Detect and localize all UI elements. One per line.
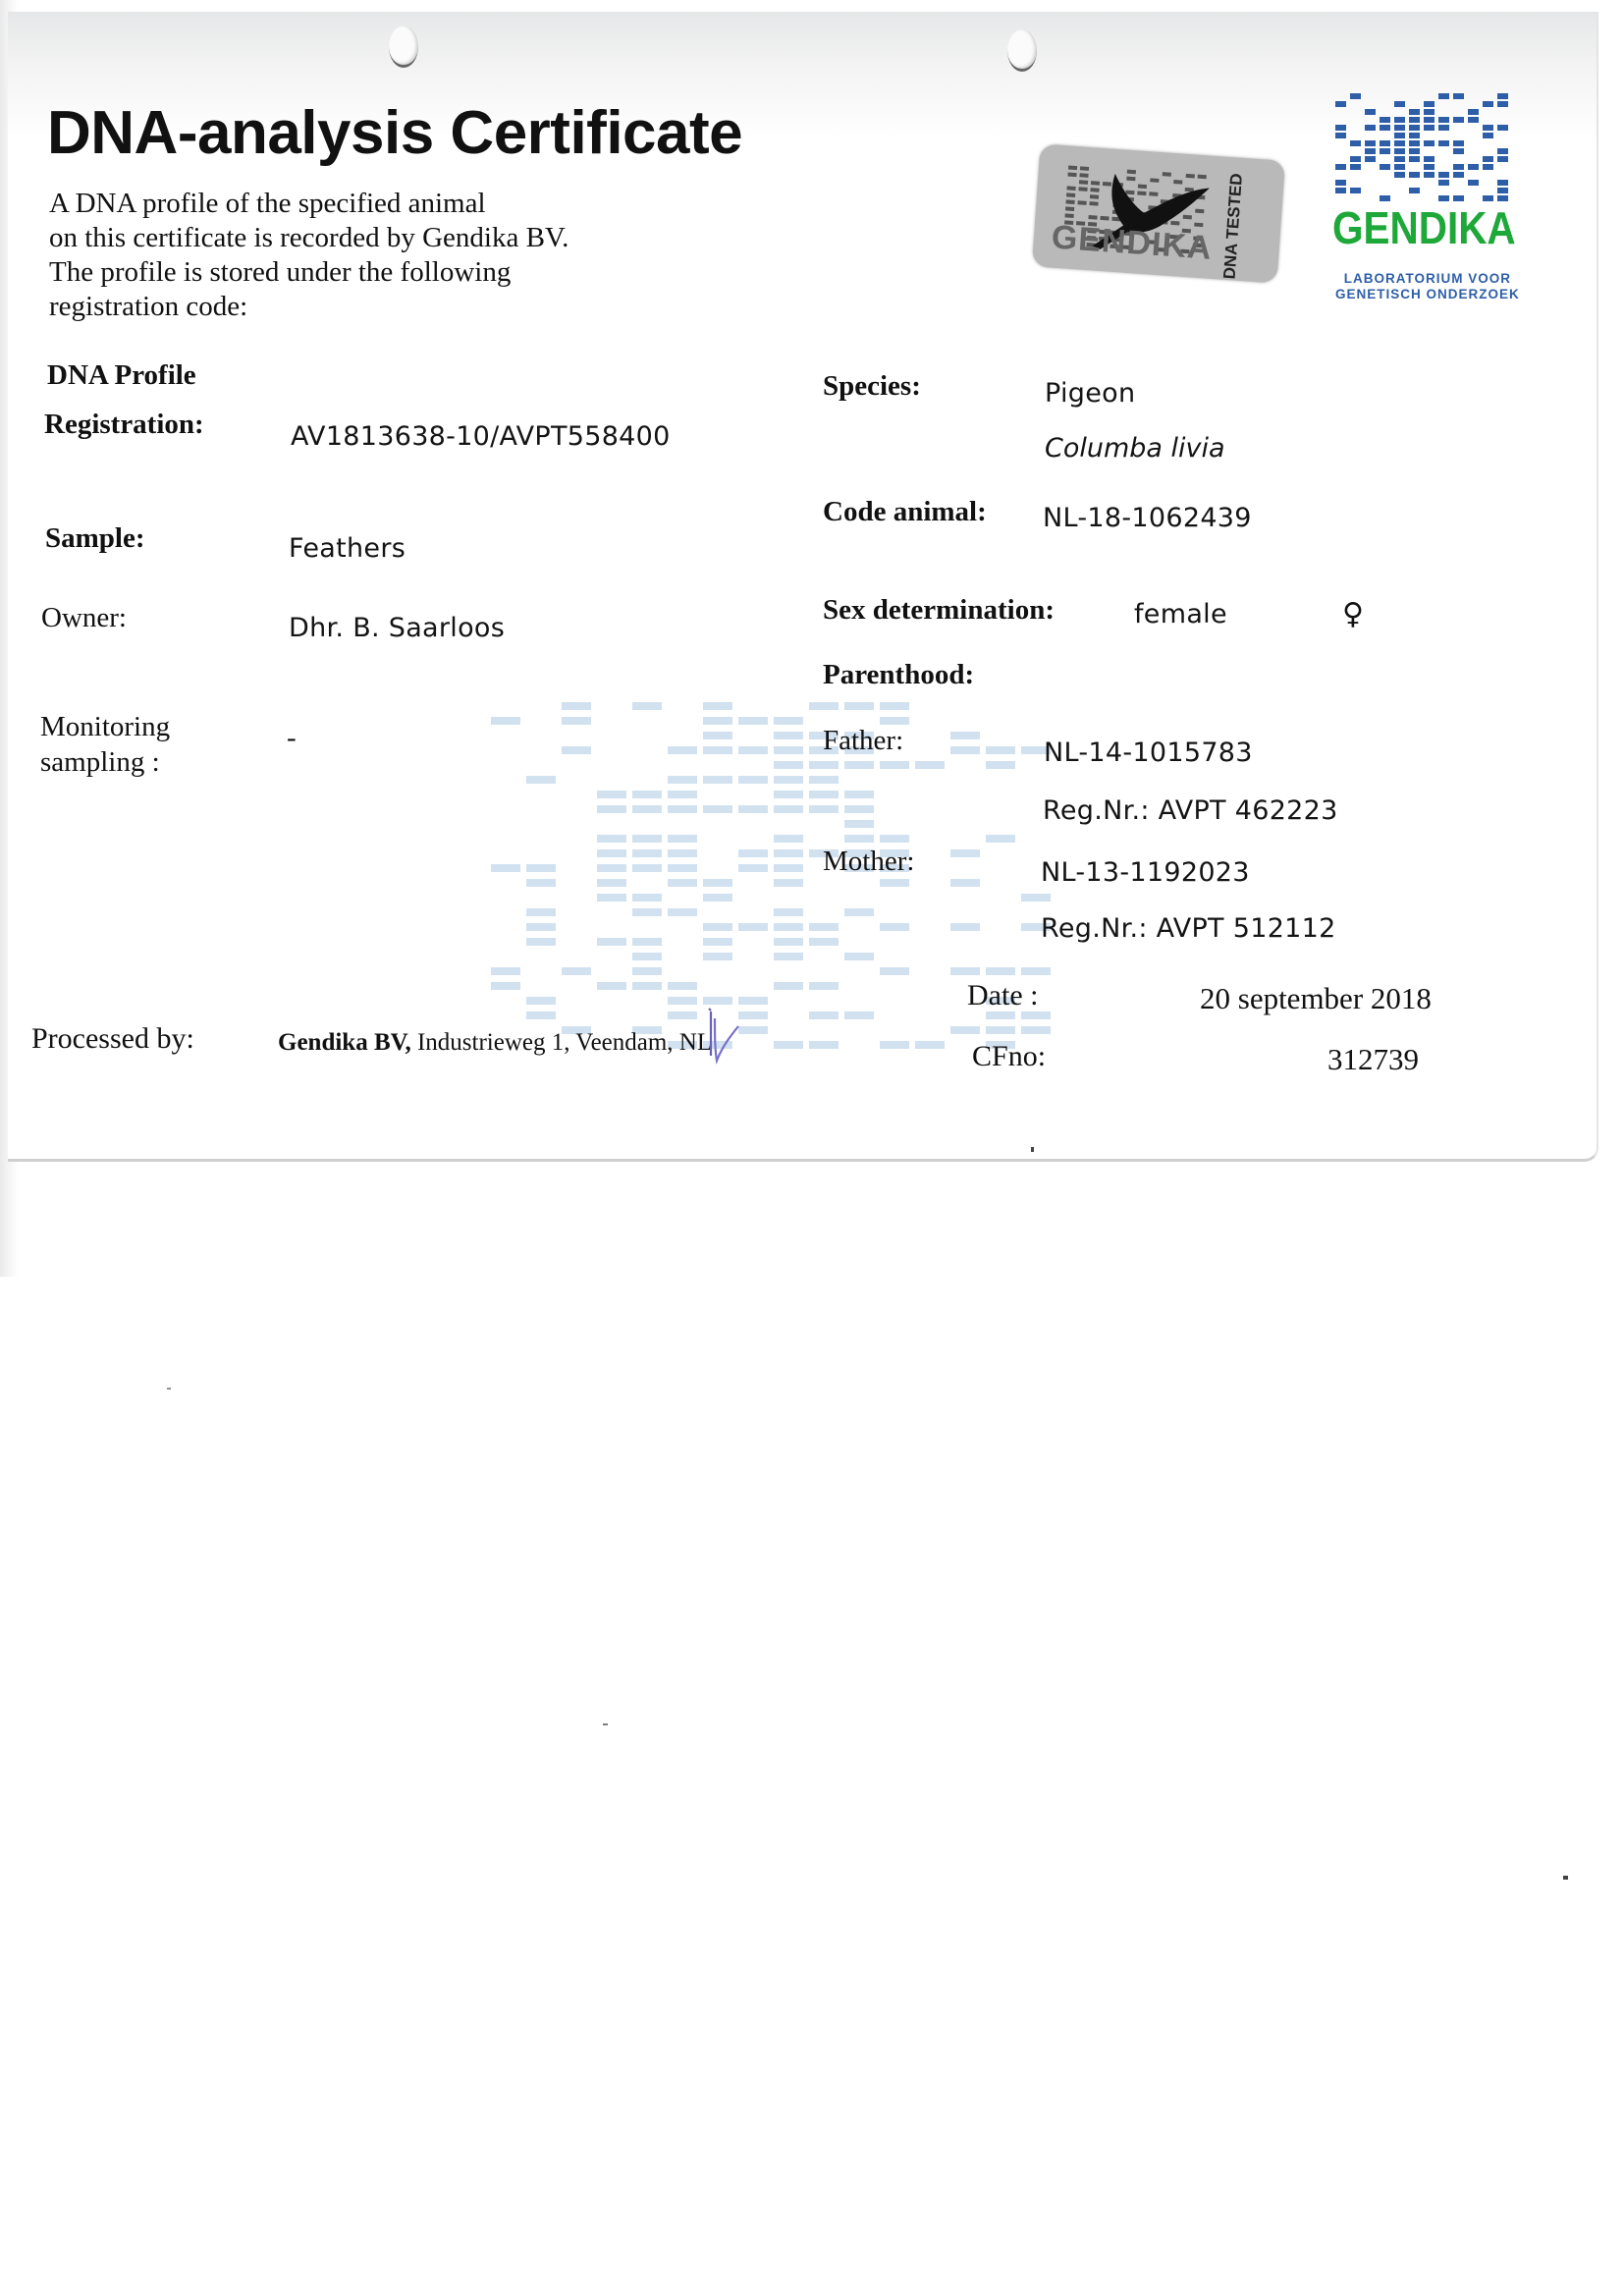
cfno-value: 312739 — [1327, 1042, 1419, 1077]
processed-address: Industrieweg 1, Veendam, NL — [411, 1029, 712, 1056]
logo-tagline-line: GENETISCH ONDERZOEK — [1335, 287, 1520, 302]
female-symbol-icon: ♀ — [1342, 597, 1364, 631]
monitoring-label-2: sampling : — [40, 746, 160, 779]
parenthood-label: Parenthood: — [823, 659, 974, 691]
sample-label: Sample: — [45, 522, 145, 555]
cfno-label: CFno: — [972, 1040, 1046, 1073]
father-code-value: NL-14-1015783 — [1044, 738, 1253, 768]
scan-speck — [1563, 1876, 1568, 1880]
code-animal-value: NL-18-1062439 — [1043, 503, 1252, 533]
mother-code-value: NL-13-1192023 — [1041, 857, 1250, 888]
registration-value: AV1813638-10/AVPT558400 — [291, 421, 671, 452]
father-reg-value: Reg.Nr.: AVPT 462223 — [1043, 795, 1338, 826]
intro-line: A DNA profile of the specified animal — [49, 187, 638, 221]
punch-hole-icon — [389, 26, 418, 68]
monitoring-label: Monitoring — [40, 711, 170, 743]
processed-company: Gendika BV, — [278, 1029, 411, 1056]
processed-by-label: Processed by: — [31, 1022, 194, 1056]
scan-speck — [167, 1388, 171, 1390]
scan-speck — [1031, 1147, 1034, 1152]
intro-text: A DNA profile of the specified animal on… — [49, 187, 638, 324]
code-animal-label: Code animal: — [823, 496, 987, 528]
logo-name: GENDIKA — [1332, 201, 1516, 254]
intro-line: The profile is stored under the followin… — [49, 255, 638, 290]
intro-line: registration code: — [49, 290, 638, 324]
mother-reg-value: Reg.Nr.: AVPT 512112 — [1041, 913, 1336, 944]
date-label: Date : — [967, 979, 1038, 1012]
dna-profile-label: DNA Profile — [47, 359, 196, 392]
monitoring-value: - — [287, 722, 297, 754]
punch-hole-icon — [1007, 29, 1037, 72]
species-common-value: Pigeon — [1045, 378, 1135, 409]
mother-label: Mother: — [823, 846, 914, 878]
registration-label: Registration: — [44, 409, 204, 441]
species-label: Species: — [823, 370, 921, 403]
gendika-logo-mark-icon — [1335, 93, 1512, 201]
intro-line: on this certificate is recorded by Gendi… — [49, 221, 638, 255]
species-latin-value: Columba livia — [1045, 433, 1225, 464]
owner-label: Owner: — [41, 602, 127, 634]
owner-value: Dhr. B. Saarloos — [289, 613, 505, 643]
sex-value: female — [1134, 599, 1227, 629]
processed-by-value: Gendika BV, Industrieweg 1, Veendam, NL — [278, 1029, 712, 1057]
sample-value: Feathers — [289, 533, 406, 564]
dna-watermark — [491, 702, 1041, 1066]
logo-tagline-line: LABORATORIUM VOOR — [1335, 271, 1520, 287]
logo-tagline: LABORATORIUM VOOR GENETISCH ONDERZOEK — [1335, 271, 1520, 302]
dna-tested-badge: GENDIKA DNA TESTED — [1032, 143, 1285, 283]
badge-side-text: DNA TESTED — [1220, 173, 1247, 280]
father-label: Father: — [823, 725, 903, 757]
sex-determination-label: Sex determination: — [823, 594, 1055, 627]
date-value: 20 september 2018 — [1200, 981, 1432, 1016]
certificate-title: DNA-analysis Certificate — [47, 98, 742, 168]
scan-speck — [603, 1723, 608, 1725]
signature-initials-icon — [705, 1007, 744, 1066]
